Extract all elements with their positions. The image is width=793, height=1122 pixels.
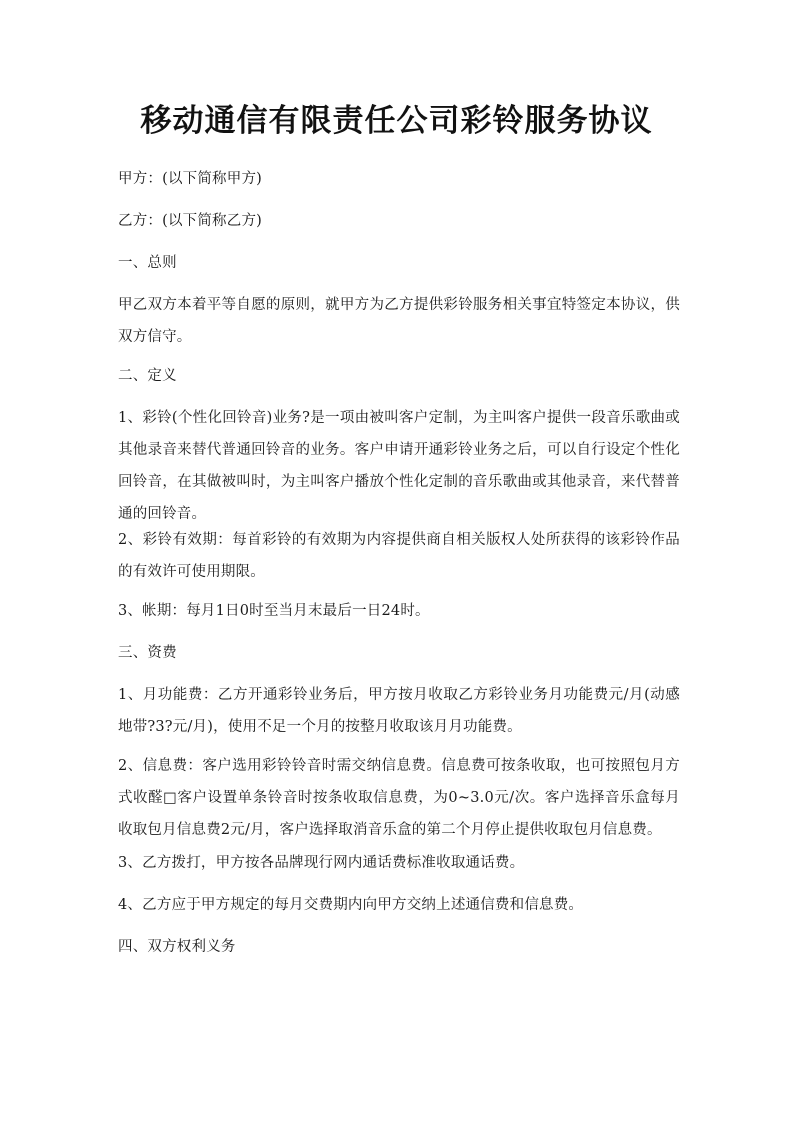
party-a-line: 甲方：(以下简称甲方): [118, 163, 680, 195]
document-page: 移动通信有限责任公司彩铃服务协议 甲方：(以下简称甲方) 乙方：(以下简称乙方)…: [0, 0, 793, 1122]
section-heading-definitions: 二、定义: [118, 360, 680, 392]
fee-4: 4、乙方应于甲方规定的每月交费期内向甲方交纳上述通信费和信息费。: [118, 889, 680, 921]
definition-1: 1、彩铃(个性化回铃音)业务?是一项由被叫客户定制，为主叫客户提供一段音乐歌曲或…: [118, 402, 680, 530]
fee-2: 2、信息费：客户选用彩铃铃音时需交纳信息费。信息费可按条收取，也可按照包月方式收…: [118, 750, 680, 846]
section-heading-fees: 三、资费: [118, 637, 680, 669]
definition-2: 2、彩铃有效期：每首彩铃的有效期为内容提供商自相关版权人处所获得的该彩铃作品的有…: [118, 524, 680, 588]
fee-1: 1、月功能费：乙方开通彩铃业务后，甲方按月收取乙方彩铃业务月功能费元/月(动感地…: [118, 679, 680, 743]
party-b-line: 乙方：(以下简称乙方): [118, 205, 680, 237]
definition-3: 3、帐期：每月1日0时至当月末最后一日24时。: [118, 595, 680, 627]
general-paragraph: 甲乙双方本着平等自愿的原则，就甲方为乙方提供彩铃服务相关事宜特签定本协议，供双方…: [118, 289, 680, 353]
document-title: 移动通信有限责任公司彩铃服务协议: [0, 95, 793, 140]
section-heading-rights: 四、双方权利义务: [118, 931, 680, 963]
fee-3: 3、乙方拨打，甲方按各品牌现行网内通话费标准收取通话费。: [118, 847, 680, 879]
section-heading-general: 一、总则: [118, 247, 680, 279]
